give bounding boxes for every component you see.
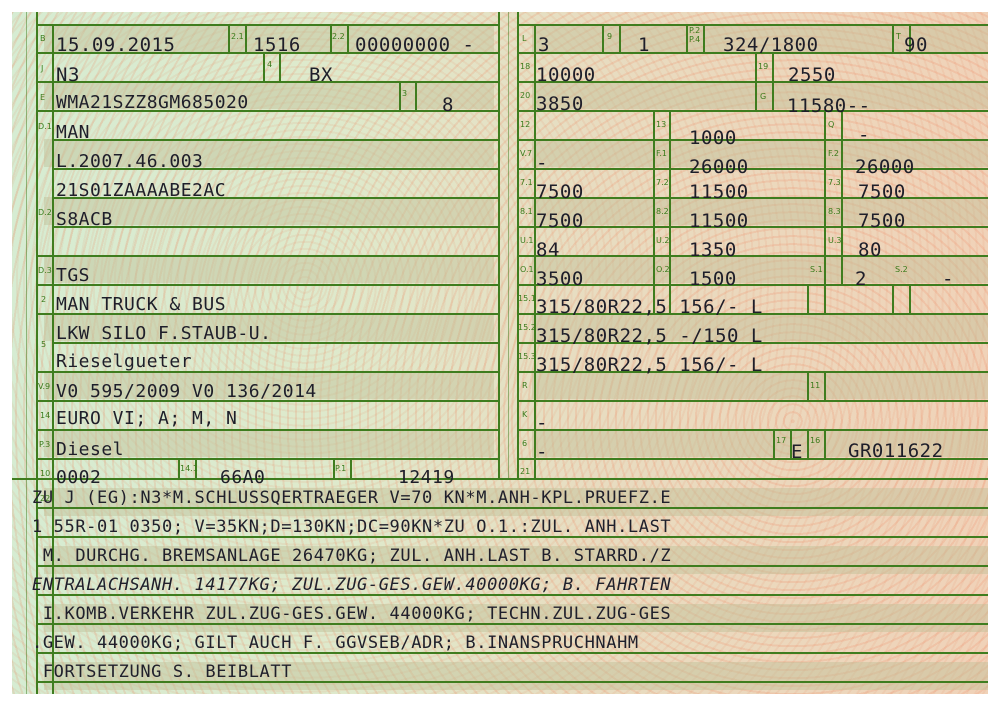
field-label-s1: S.1 [810, 265, 823, 274]
tyres-axle-1: 315/80R22,5 156/- L [536, 296, 763, 318]
cell-divider [824, 429, 826, 458]
field-label-p3: P.3 [39, 440, 50, 449]
field-label-t: T [896, 32, 901, 41]
cell-divider [415, 81, 417, 110]
row-line [517, 197, 988, 199]
cell-divider [347, 24, 349, 52]
cell-divider [228, 24, 230, 52]
row-line [517, 24, 988, 26]
variant-line-2: 21S01ZAAAABE2AC [56, 180, 226, 202]
remark-line: ZU J (EG):N3*M.SCHLUSSQERTRAEGER V=70 KN… [32, 488, 671, 508]
cell-divider [773, 429, 775, 458]
field-label-15-1: 15.1 [518, 294, 536, 303]
field-label-7-1: 7.1 [520, 178, 533, 187]
max-mass-technical: 26000 [689, 156, 749, 178]
remark-line: ENTRALACHSANH. 14177KG; ZUL.ZUG-GES.GEW.… [32, 575, 671, 595]
seats: 2 [855, 268, 867, 290]
field-label-j: J [41, 64, 43, 73]
braked-towing-capacity: 3500 [536, 268, 584, 290]
power-rpm: 324/1800 [723, 34, 819, 56]
fuel-type: Diesel [56, 439, 124, 461]
field-label-o2: O.2 [656, 265, 670, 274]
row-line [36, 255, 500, 257]
trade-name: TGS [56, 265, 90, 287]
driven-axles: 1 [638, 34, 650, 56]
certificate-number: GR011622 [848, 440, 944, 462]
field-label-8-1: 8.1 [520, 207, 533, 216]
field-label-p1: P.1 [335, 464, 346, 473]
stationary-noise: 84 [536, 239, 560, 261]
row-line [517, 226, 988, 228]
field-label-v9: V.9 [38, 382, 50, 391]
band [532, 255, 988, 283]
field-label-19: 19 [758, 62, 768, 71]
cell-divider [653, 110, 655, 313]
emission-class: EURO VI; A; M, N [56, 408, 237, 430]
cell-divider [602, 24, 604, 52]
field-label-7-2: 7.2 [656, 178, 669, 187]
vin-check-digit: 8 [442, 94, 454, 116]
manufacturer-code: 1516 [253, 34, 301, 56]
cell-divider [909, 284, 911, 313]
axle-load-3-permitted: 7500 [858, 210, 906, 232]
cell-divider [824, 110, 826, 284]
axle-load-2-permitted: 11500 [689, 210, 749, 232]
length: 10000 [536, 64, 596, 86]
row-line [36, 81, 500, 83]
max-mass-permitted: 26000 [855, 156, 915, 178]
field-label-r: R [522, 381, 528, 390]
cell-divider [824, 284, 826, 313]
noise-rpm: 1350 [689, 239, 737, 261]
cell-divider [350, 458, 352, 478]
row-line [52, 139, 500, 141]
unbraked-towing-capacity: 1500 [689, 268, 737, 290]
cell-divider [892, 284, 894, 313]
make: MAN [56, 122, 90, 144]
first-registration-date: 15.09.2015 [56, 34, 175, 56]
remark-line: FORTSETZUNG S. BEIBLATT [32, 662, 292, 682]
field-label-5: 5 [41, 340, 46, 349]
axle-load-3-technical: 7500 [858, 181, 906, 203]
cell-divider [772, 52, 774, 110]
field-label-u1: U.1 [520, 236, 534, 245]
support-load: 1000 [689, 127, 737, 149]
registration-document: B 15.09.2015 2.1 1516 2.2 00000000 - J N… [12, 12, 988, 694]
field-label-v7: V.7 [520, 149, 532, 158]
field-label-f2: F.2 [828, 149, 839, 158]
row-line [517, 255, 988, 257]
band [532, 139, 988, 167]
field-label-6: 6 [522, 439, 527, 448]
remark-line: I.KOMB.VERKEHR ZUL.ZUG-GES.GEW. 44000KG;… [32, 604, 671, 624]
field-label-21: 21 [520, 467, 530, 476]
field-label-l: L [522, 34, 526, 43]
field-label-p4: P.4 [689, 35, 700, 44]
row-line [12, 478, 988, 480]
field-label-o1: O.1 [520, 265, 534, 274]
field-label-16: 16 [810, 436, 820, 445]
field-label-2-1: 2.1 [231, 32, 244, 41]
field-label-15-2: 15.2 [518, 323, 536, 332]
cell-divider [807, 429, 809, 458]
field-label-q: Q [828, 120, 834, 129]
cell-divider [669, 110, 671, 313]
height: 3850 [536, 93, 584, 115]
co2: - [536, 152, 548, 174]
remark-line: 1 55R-01 0350; V=35KN;D=130KN;DC=90KN*ZU… [32, 517, 671, 537]
type-approval-number: - [536, 412, 548, 434]
standing-places: - [942, 268, 954, 290]
cell-divider [824, 371, 826, 400]
axle-load-2-technical: 11500 [689, 181, 749, 203]
field-label-9: 9 [607, 32, 612, 41]
cell-divider [892, 24, 894, 52]
emission-code: 0002 [56, 467, 101, 489]
tyres-axle-2: 315/80R22,5 -/150 L [536, 325, 763, 347]
row-line [36, 24, 500, 26]
width: 2550 [788, 64, 836, 86]
row-line [52, 226, 500, 228]
empty-mass: 11580-- [787, 95, 871, 117]
field-label-f1: F.1 [656, 149, 667, 158]
vin: WMA21SZZ8GM685020 [56, 92, 249, 114]
drive-by-noise: 80 [858, 239, 882, 261]
field-label-20: 20 [520, 91, 530, 100]
field-label-e: E [40, 93, 45, 102]
number-of-axles: 3 [538, 34, 550, 56]
cell-divider [807, 284, 809, 313]
row-line [517, 168, 988, 170]
field-label-d3: D.3 [38, 266, 52, 275]
tyres-axle-3: 315/80R22,5 156/- L [536, 354, 763, 376]
cell-divider [841, 110, 843, 284]
type-code: 00000000 - [355, 34, 474, 56]
emission-regulation: V0 595/2009 V0 136/2014 [56, 381, 317, 403]
power-weight-ratio: - [858, 124, 870, 146]
band [532, 197, 988, 225]
axle-load-1-technical: 7500 [536, 181, 584, 203]
cell-divider [686, 24, 688, 52]
row-line [517, 429, 988, 431]
vehicle-type-line-1: LKW SILO F.STAUB-U. [56, 323, 271, 345]
field-label-d2: D.2 [38, 208, 52, 217]
field-label-17: 17 [776, 436, 786, 445]
field-label-7-3: 7.3 [828, 178, 841, 187]
field-label-d1: D.1 [38, 122, 52, 131]
max-speed: 90 [904, 34, 928, 56]
field-label-p2: P.2 [689, 26, 700, 35]
cell-divider [399, 81, 401, 110]
variant-line-1: L.2007.46.003 [56, 151, 203, 173]
field-label-8-2: 8.2 [656, 207, 669, 216]
field-label-k: K [522, 410, 527, 419]
field-label-13: 13 [656, 120, 666, 129]
field-label-10: 10 [40, 469, 50, 478]
field-label-g: G [760, 92, 766, 101]
field-label-s2: S.2 [895, 265, 908, 274]
field-label-18: 18 [520, 62, 530, 71]
field-label-14-1: 14.1 [180, 464, 198, 473]
field-label-4: 4 [267, 60, 272, 69]
field-label-14: 14 [40, 411, 50, 420]
cell-divider [755, 52, 757, 110]
row-line [517, 139, 988, 141]
engine-displacement: 12419 [398, 467, 455, 489]
field-label-b: B [40, 34, 46, 43]
field-label-2-2: 2.2 [332, 32, 345, 41]
manufacturer-name: MAN TRUCK & BUS [56, 294, 226, 316]
vehicle-type-line-2: Rieselgueter [56, 351, 192, 373]
row-line [517, 284, 988, 286]
emission-code-14-1: 66A0 [220, 467, 265, 489]
vehicle-class: N3 [56, 64, 80, 86]
field-label-15-3: 15.3 [518, 352, 536, 361]
field-label-3: 3 [402, 89, 407, 98]
band [44, 255, 494, 283]
field-label-u3: U.3 [828, 236, 842, 245]
operating-permit: E [791, 441, 803, 463]
margin-line [26, 12, 27, 694]
field-label-8-3: 8.3 [828, 207, 841, 216]
cell-divider [703, 24, 705, 52]
field-label-11: 11 [810, 381, 820, 390]
cell-divider [807, 371, 809, 400]
cell-divider [279, 52, 281, 81]
type-approval-date: - [536, 441, 548, 463]
field-label-2: 2 [41, 295, 46, 304]
field-label-u2: U.2 [656, 236, 670, 245]
row-line [517, 110, 988, 112]
row-line [36, 284, 500, 286]
axle-load-1-permitted: 7500 [536, 210, 584, 232]
cell-divider [619, 24, 621, 52]
remark-line: .GEW. 44000KG; GILT AUCH F. GGVSEB/ADR; … [32, 633, 639, 653]
body-type: BX [309, 64, 333, 86]
frame-line [508, 12, 509, 478]
remark-line: M. DURCHG. BREMSANLAGE 26470KG; ZUL. ANH… [32, 546, 671, 566]
variant-line-3: S8ACB [56, 209, 113, 231]
row-line [517, 400, 988, 402]
cell-divider [245, 24, 247, 52]
cell-divider [263, 52, 265, 81]
field-label-12: 12 [520, 120, 530, 129]
